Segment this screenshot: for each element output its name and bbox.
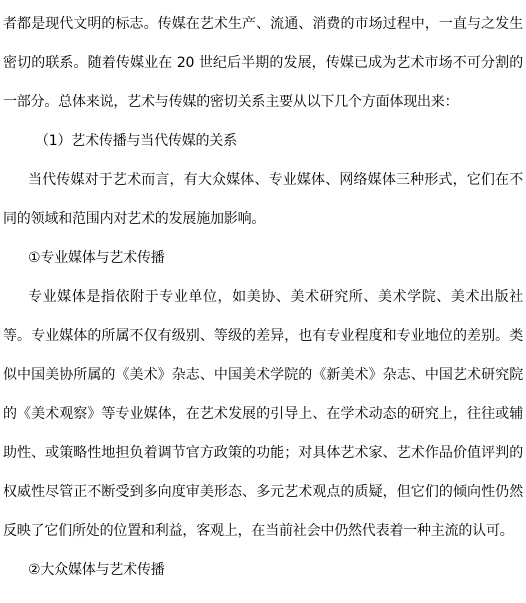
clipped-next-line (3, 590, 523, 603)
section-heading-1: （1）艺术传播与当代传媒的关系 (3, 122, 523, 161)
paragraph-professional-media: 专业媒体是指依附于专业单位，如美协、美术研究所、美术学院、美术出版社等。专业媒体… (3, 278, 523, 551)
document-page: 者都是现代文明的标志。传媒在艺术生产、流通、消费的市场过程中，一直与之发生密切的… (3, 5, 523, 603)
subheading-professional-media: ①专业媒体与艺术传播 (3, 239, 523, 278)
paragraph-intro: 者都是现代文明的标志。传媒在艺术生产、流通、消费的市场过程中，一直与之发生密切的… (3, 5, 523, 122)
paragraph-media-forms: 当代传媒对于艺术而言，有大众媒体、专业媒体、网络媒体三种形式，它们在不同的领域和… (3, 161, 523, 239)
subheading-mass-media: ②大众媒体与艺术传播 (3, 551, 523, 590)
